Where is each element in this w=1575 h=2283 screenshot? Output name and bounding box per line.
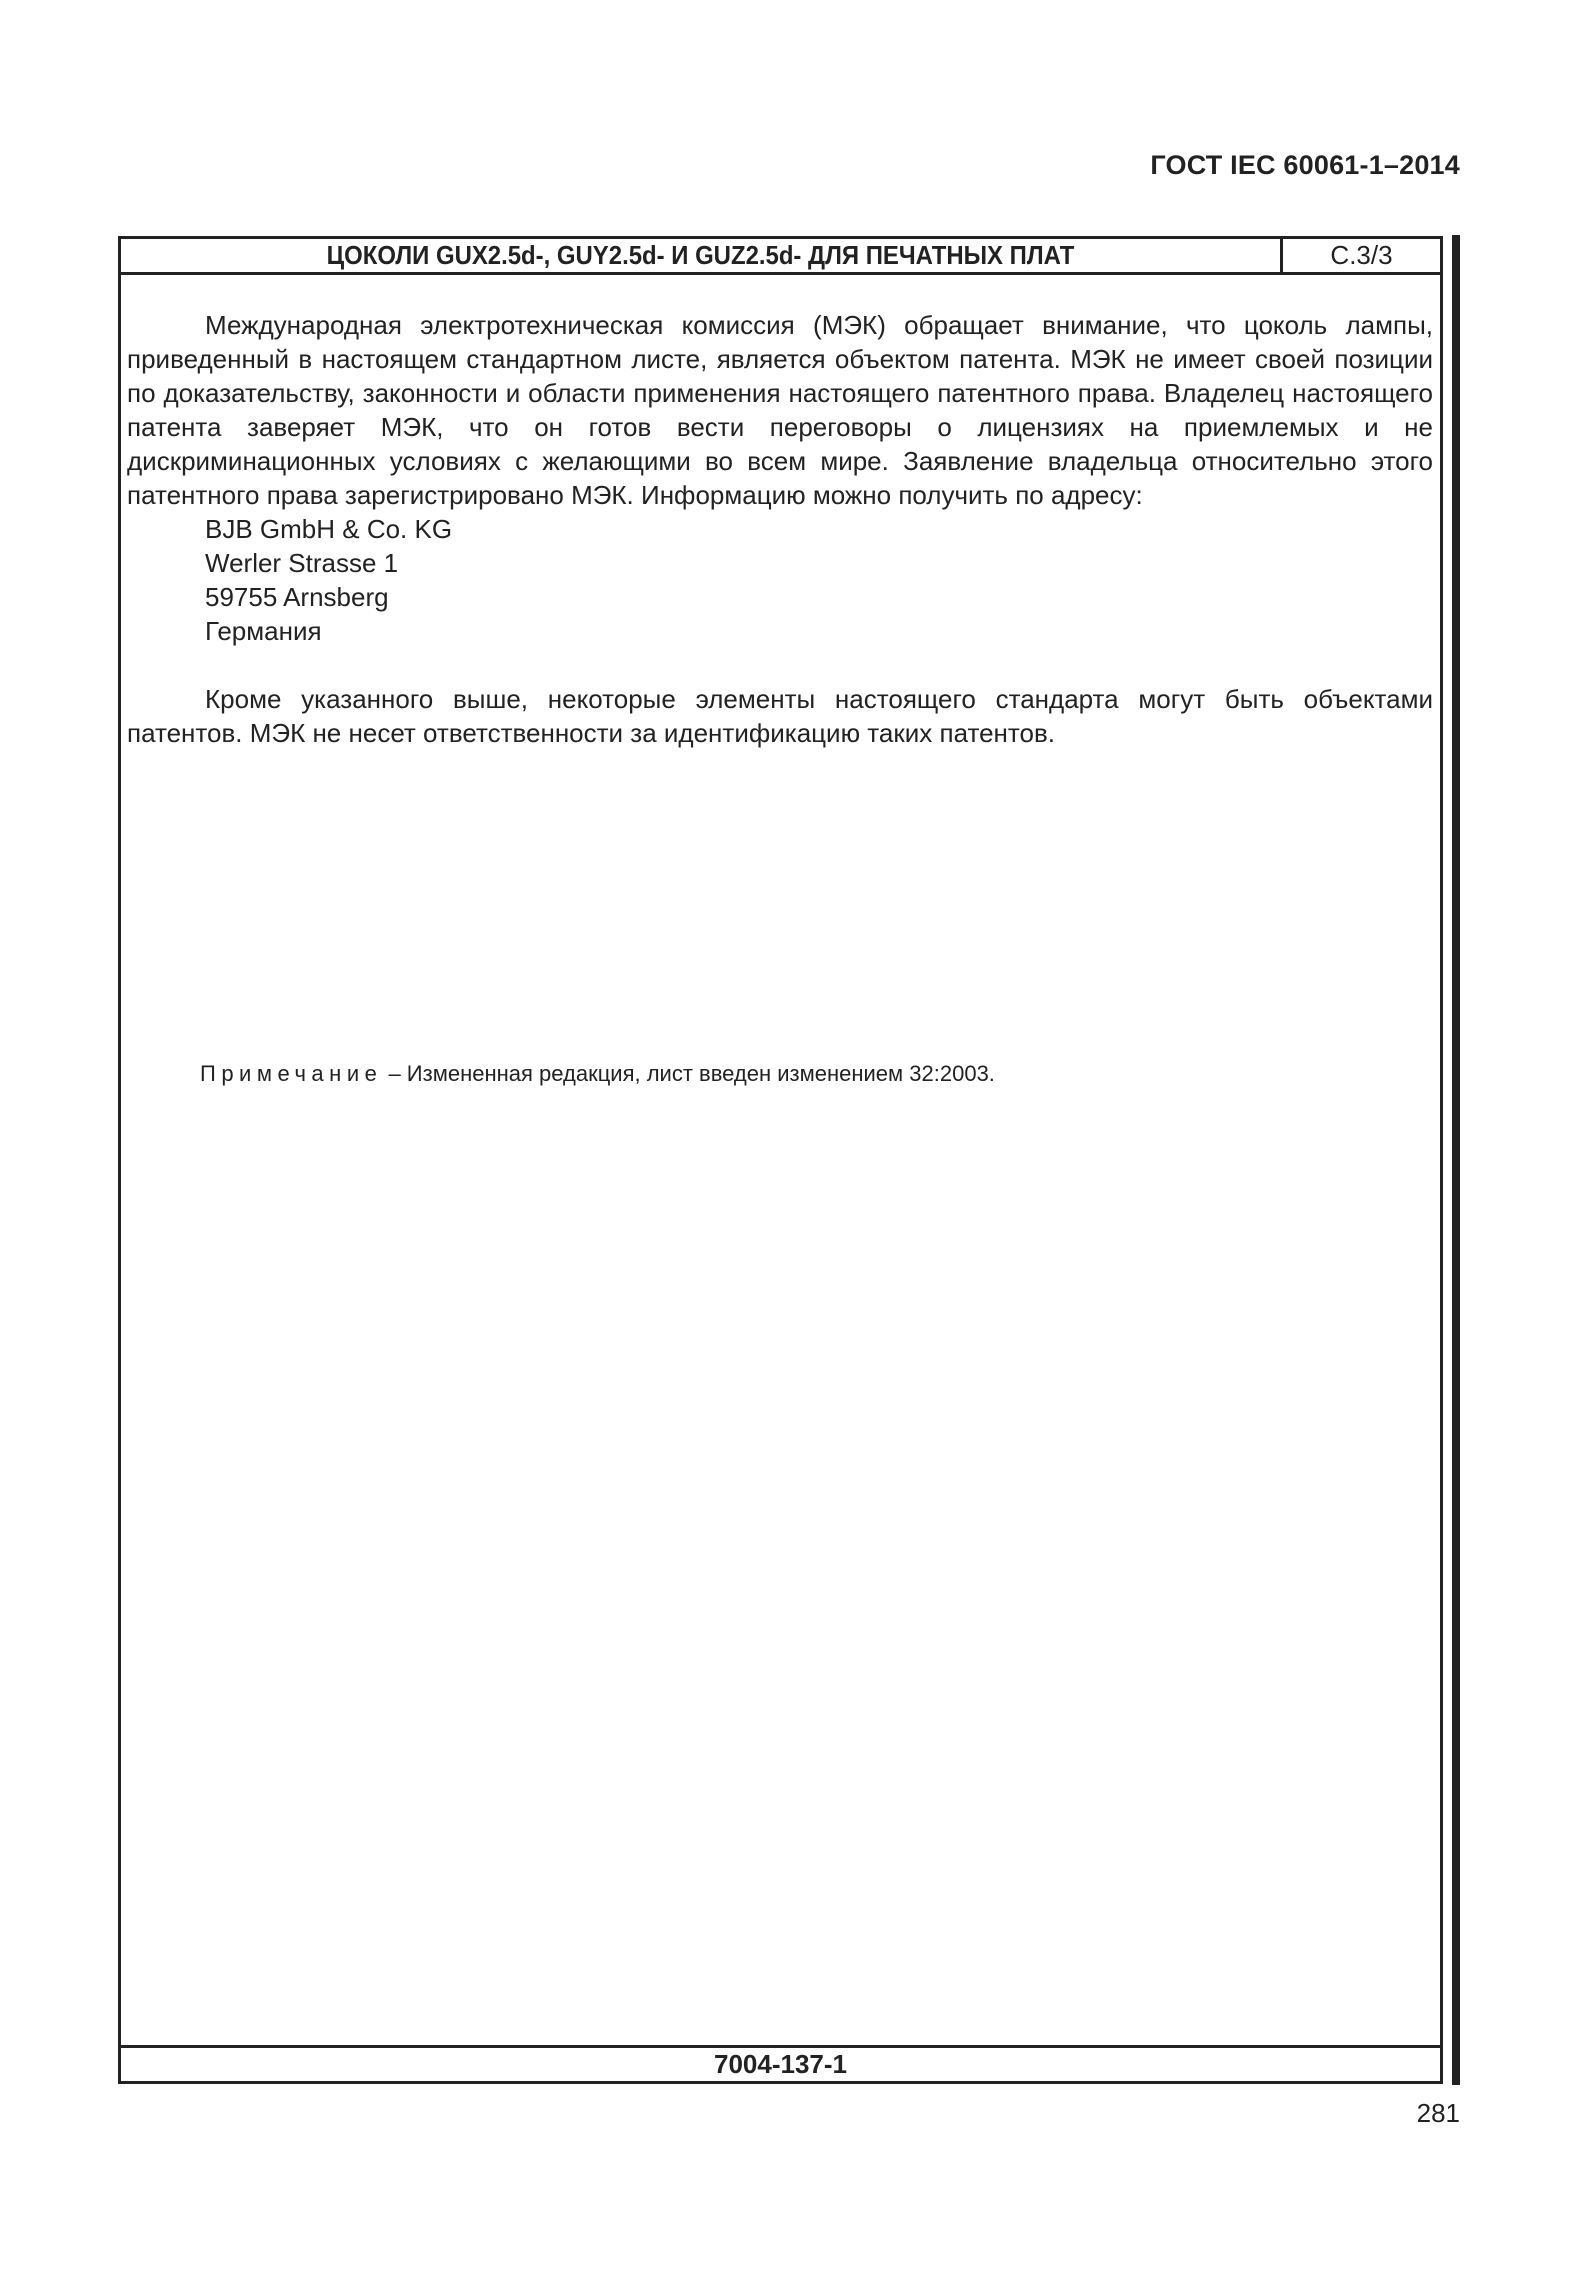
- patent-notice-paragraph: Международная электротехническая комисси…: [127, 308, 1433, 512]
- standard-sheet-frame: ЦОКОЛИ GUX2.5d-, GUY2.5d- И GUZ2.5d- ДЛЯ…: [118, 236, 1443, 2084]
- patent-disclaimer-paragraph: Кроме указанного выше, некоторые элемент…: [127, 682, 1433, 750]
- sheet-header-row: ЦОКОЛИ GUX2.5d-, GUY2.5d- И GUZ2.5d- ДЛЯ…: [121, 239, 1440, 275]
- sheet-reference: С.3/3: [1280, 239, 1440, 272]
- note-label: Примечание: [200, 1061, 382, 1086]
- page-number: 281: [1417, 2098, 1460, 2129]
- address-company: BJB GmbH & Co. KG: [205, 512, 1433, 546]
- address-street: Werler Strasse 1: [205, 546, 1433, 580]
- standard-code-header: ГОСТ IEC 60061-1–2014: [1150, 150, 1460, 181]
- note-text: – Измененная редакция, лист введен измен…: [382, 1061, 995, 1086]
- sheet-title: ЦОКОЛИ GUX2.5d-, GUY2.5d- И GUZ2.5d- ДЛЯ…: [167, 239, 1233, 272]
- amendment-note: Примечание – Измененная редакция, лист в…: [200, 1061, 995, 1087]
- patent-holder-address: BJB GmbH & Co. KG Werler Strasse 1 59755…: [127, 512, 1433, 648]
- address-city: 59755 Arnsberg: [205, 580, 1433, 614]
- margin-bar: [1452, 235, 1460, 2085]
- sheet-body: Международная электротехническая комисси…: [121, 275, 1440, 750]
- address-country: Германия: [205, 614, 1433, 648]
- sheet-footer-code: 7004-137-1: [121, 2045, 1440, 2081]
